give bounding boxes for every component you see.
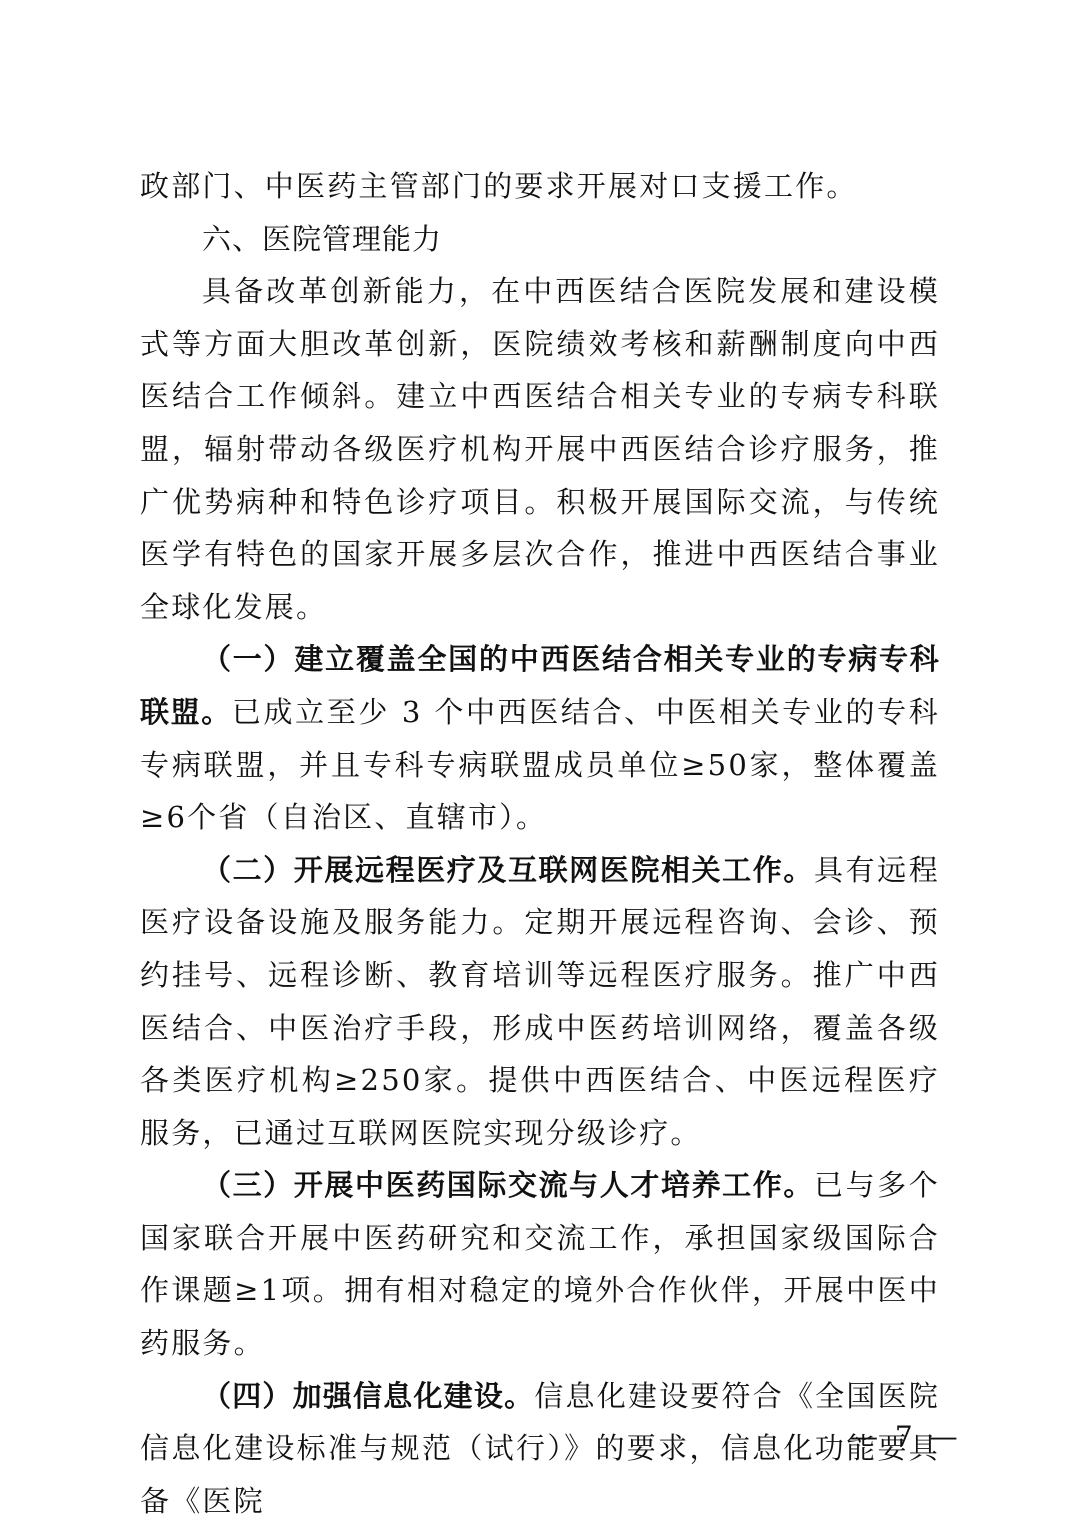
- document-page: 政部门、中医药主管部门的要求开展对口支援工作。 六、医院管理能力 具备改革创新能…: [140, 160, 940, 1527]
- item-paragraph-1: （一）建立覆盖全国的中西医结合相关专业的专病专科联盟。已成立至少 3 个中西医结…: [140, 633, 940, 843]
- item-body-1: 已成立至少 3 个中西医结合、中医相关专业的专科专病联盟，并且专科专病联盟成员单…: [140, 695, 940, 834]
- section-heading: 六、医院管理能力: [140, 213, 940, 266]
- paragraph-body: 具备改革创新能力，在中西医结合医院发展和建设模式等方面大胆改革创新，医院绩效考核…: [140, 265, 940, 633]
- page-number: — 7 —: [850, 1420, 962, 1453]
- item-paragraph-4: （四）加强信息化建设。信息化建设要符合《全国医院信息化建设标准与规范（试行）》的…: [140, 1370, 940, 1528]
- item-title-2: （二）开展远程医疗及互联网医院相关工作。: [202, 853, 814, 887]
- item-paragraph-2: （二）开展远程医疗及互联网医院相关工作。具有远程医疗设备设施及服务能力。定期开展…: [140, 844, 940, 1160]
- item-title-4: （四）加强信息化建设。: [202, 1379, 534, 1413]
- item-title-3: （三）开展中医药国际交流与人才培养工作。: [202, 1168, 814, 1202]
- item-body-2: 具有远程医疗设备设施及服务能力。定期开展远程咨询、会诊、预约挂号、远程诊断、教育…: [140, 853, 940, 1150]
- item-paragraph-3: （三）开展中医药国际交流与人才培养工作。已与多个国家联合开展中医药研究和交流工作…: [140, 1159, 940, 1369]
- paragraph-continuation: 政部门、中医药主管部门的要求开展对口支援工作。: [140, 160, 940, 213]
